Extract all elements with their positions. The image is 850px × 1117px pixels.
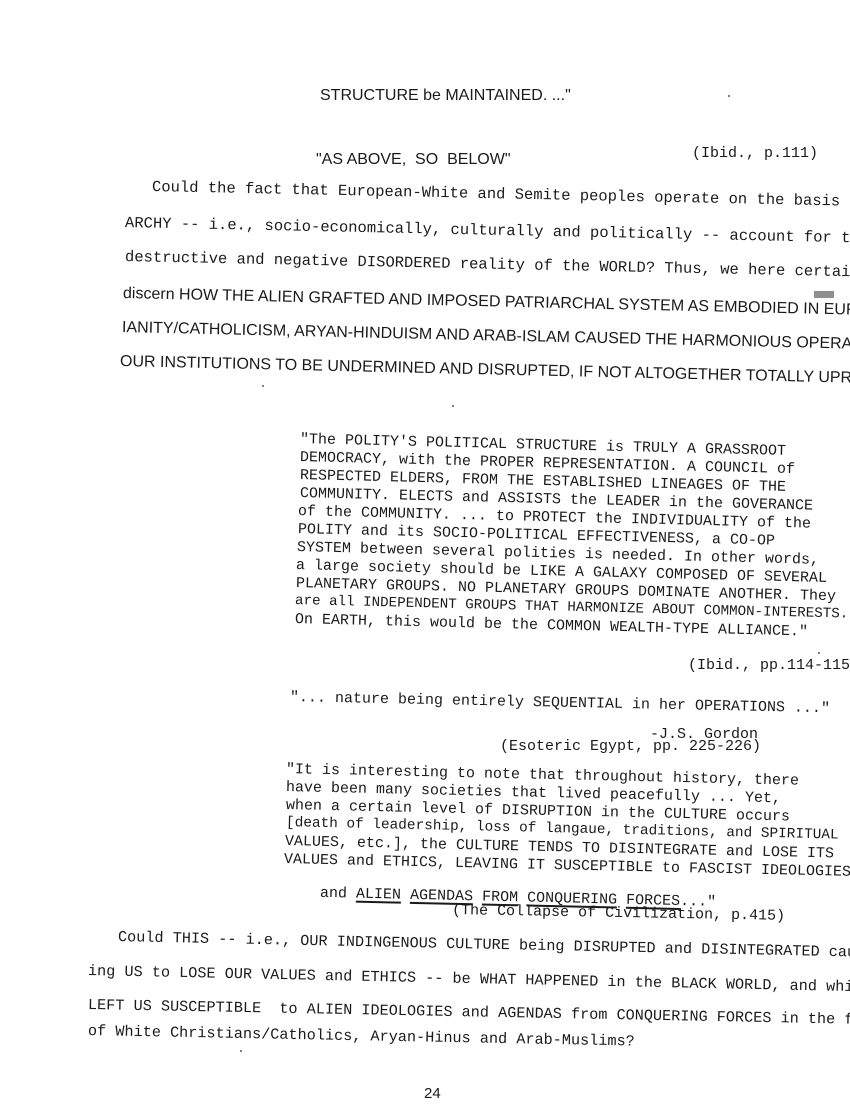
scan-speck (240, 1050, 242, 1052)
scan-speck (728, 95, 730, 97)
scan-speck (452, 405, 454, 407)
scan-blot (814, 291, 834, 298)
quote-fragment-end: STRUCTURE be MAINTAINED. ..." (320, 88, 571, 104)
paragraph-line: Could THIS -- i.e., OUR INDINGENOUS CULT… (118, 930, 850, 961)
attribution-source: (Esoteric Egypt, pp. 225-226) (500, 739, 761, 754)
paragraph-line: OUR INSTITUTIONS TO BE UNDERMINED AND DI… (120, 354, 850, 388)
paragraph-line: ARCHY -- i.e., socio-economically, cultu… (125, 216, 850, 248)
paragraph-line: Could the fact that European-White and S… (152, 180, 850, 211)
citation-ibid-111: (Ibid., p.111) (692, 146, 818, 161)
paragraph-line: destructive and negative DISORDERED real… (125, 250, 850, 282)
paragraph-line: IANITY/CATHOLICISM, ARYAN-HINDUISM AND A… (122, 320, 850, 354)
citation-ibid-114-115: (Ibid., pp.114-115 (688, 658, 850, 673)
scan-speck (818, 652, 820, 654)
paragraph-line: discern HOW THE ALIEN GRAFTED AND IMPOSE… (123, 286, 850, 320)
underlined-word: ALIEN (356, 886, 401, 904)
page-number: 24 (424, 1086, 441, 1101)
section-heading: "AS ABOVE, SO BELOW" (316, 152, 511, 168)
paragraph-line: ing US to LOSE OUR VALUES and ETHICS -- … (88, 964, 850, 996)
paragraph-line: of White Christians/Catholics, Aryan-Hin… (88, 1024, 635, 1050)
scan-speck (262, 385, 264, 387)
quote-sequential: "... nature being entirely SEQUENTIAL in… (290, 690, 830, 716)
quote-prefix: and (320, 885, 356, 903)
citation-collapse-of-civilization: (The Collapse of Civilization, p.415) (452, 903, 785, 924)
